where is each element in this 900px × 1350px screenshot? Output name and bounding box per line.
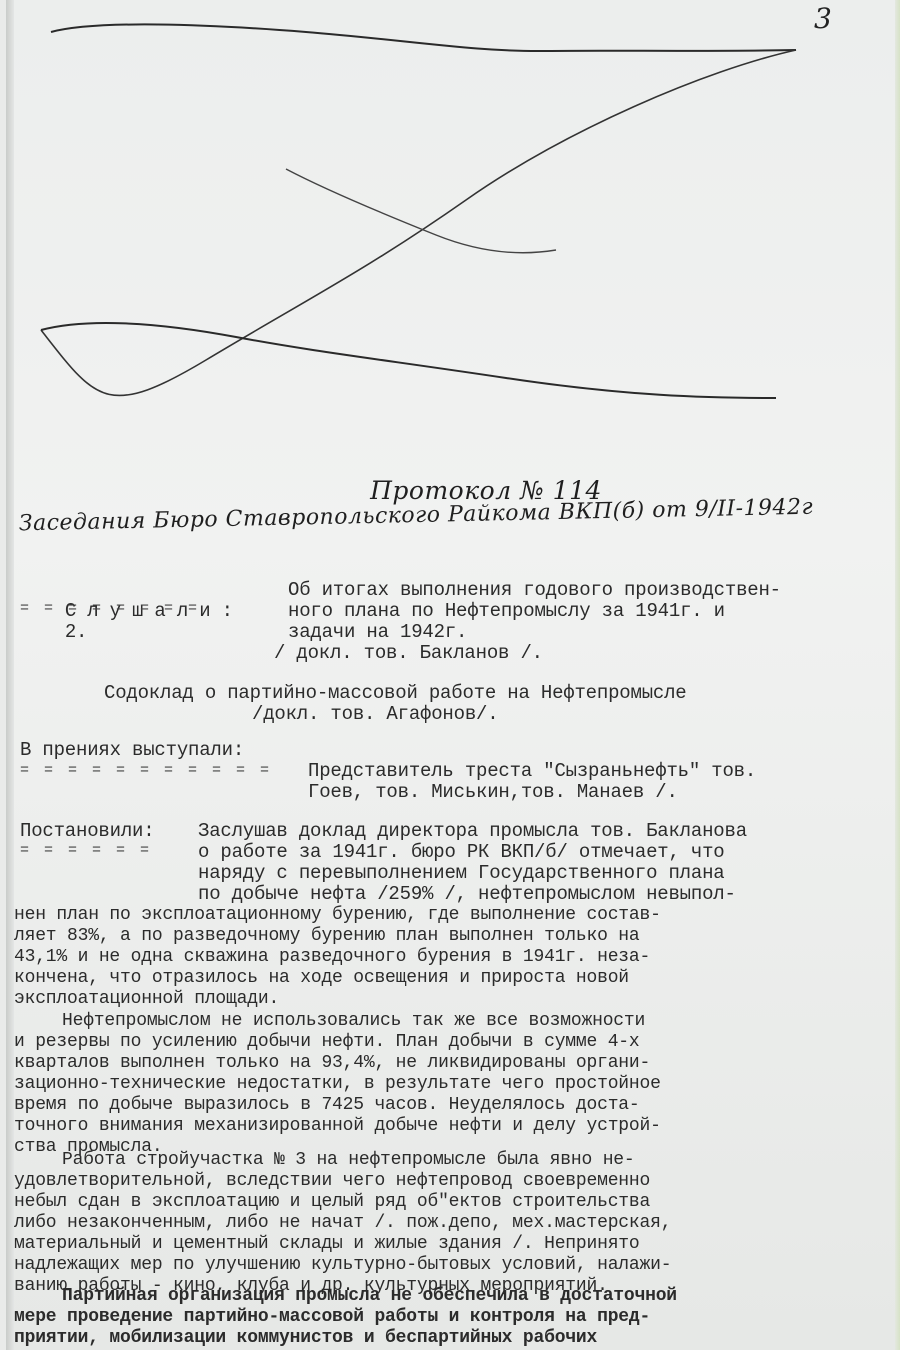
para1-line-2: и резервы по усилению добычи нефти. План… (14, 1032, 640, 1053)
z-cancellation-mark-icon (6, 0, 900, 420)
para2-line-6: надлежащих мер по улучшению культурно-бы… (14, 1255, 671, 1276)
para3-line-3: приятии, мобилизации коммунистов и беспа… (14, 1328, 597, 1349)
heard-line-4: / докл. тов. Бакланов /. (274, 643, 543, 664)
co-report-line-2: /докл. тов. Агафонов/. (252, 704, 498, 725)
resolved-line-7: 43,1% и не одна скважина разведочного бу… (14, 947, 650, 968)
heard-label-underline: = = = = = = = = (20, 598, 200, 619)
resolved-line-6: ляет 83%, а по разведочному бурению план… (14, 926, 640, 947)
resolved-line-1: Заслушав доклад директора промысла тов. … (198, 821, 747, 842)
debate-line-2: Гоев, тов. Миськин,тов. Манаев /. (308, 782, 678, 803)
co-report-line-1: Содоклад о партийно-массовой работе на Н… (104, 683, 687, 704)
resolved-label: Постановили: (20, 821, 154, 842)
heard-line-1: Об итогах выполнения годового производст… (288, 580, 781, 601)
heard-line-3: задачи на 1942г. (288, 622, 467, 643)
para2-line-5: материальный и цементный склады и жилые … (14, 1234, 640, 1255)
debate-line-1: Представитель треста "Сызраньнефть" тов. (308, 761, 756, 782)
resolved-line-9: эксплоатационной площади. (14, 989, 279, 1010)
resolved-line-8: кончена, что отразилось на ходе освещени… (14, 968, 629, 989)
heard-label: С л у ш а л и : 2. (20, 580, 233, 664)
para1-line-1: Нефтепромыслом не использовались так же … (62, 1011, 645, 1032)
resolved-line-3: наряду с перевыполнением Государственног… (198, 863, 725, 884)
debate-label: В прениях выступали: (20, 740, 244, 761)
para3-line-2: мере проведение партийно-массовой работы… (14, 1307, 650, 1328)
para1-line-6: точного внимания механизированной добыче… (14, 1116, 661, 1137)
para1-line-3: кварталов выполнен только на 93,4%, не л… (14, 1053, 650, 1074)
para2-line-4: либо незаконченным, либо не начат /. пож… (14, 1213, 671, 1234)
para3-line-1: Партийная организация промысла не обеспе… (62, 1286, 677, 1307)
para1-line-4: зационно-технические недостатки, в резул… (14, 1074, 661, 1095)
heard-line-2: ного плана по Нефтепромыслу за 1941г. и (288, 601, 725, 622)
para2-line-2: удовлетворительной, вследствии чего нефт… (14, 1171, 650, 1192)
heard-item-number: 2. (65, 621, 87, 643)
resolved-line-2: о работе за 1941г. бюро РК ВКП/б/ отмеча… (198, 842, 725, 863)
resolved-line-4: по добыче нефта /259% /, нефтепромыслом … (198, 884, 736, 905)
debate-label-underline: = = = = = = = = = = = (20, 760, 272, 781)
para1-line-5: время по добыче выразилось в 7425 часов.… (14, 1095, 640, 1116)
document-page: 3 Протокол № 114 Заседания Бюро Ставропо… (6, 0, 900, 1350)
para2-line-1: Работа стройучастка № 3 на нефтепромысле… (62, 1150, 635, 1171)
para2-line-3: небыл сдан в эксплоатацию и целый ряд об… (14, 1192, 650, 1213)
resolved-label-underline: = = = = = = (20, 840, 152, 861)
resolved-line-5: нен план по эксплоатационному бурению, г… (14, 905, 661, 926)
